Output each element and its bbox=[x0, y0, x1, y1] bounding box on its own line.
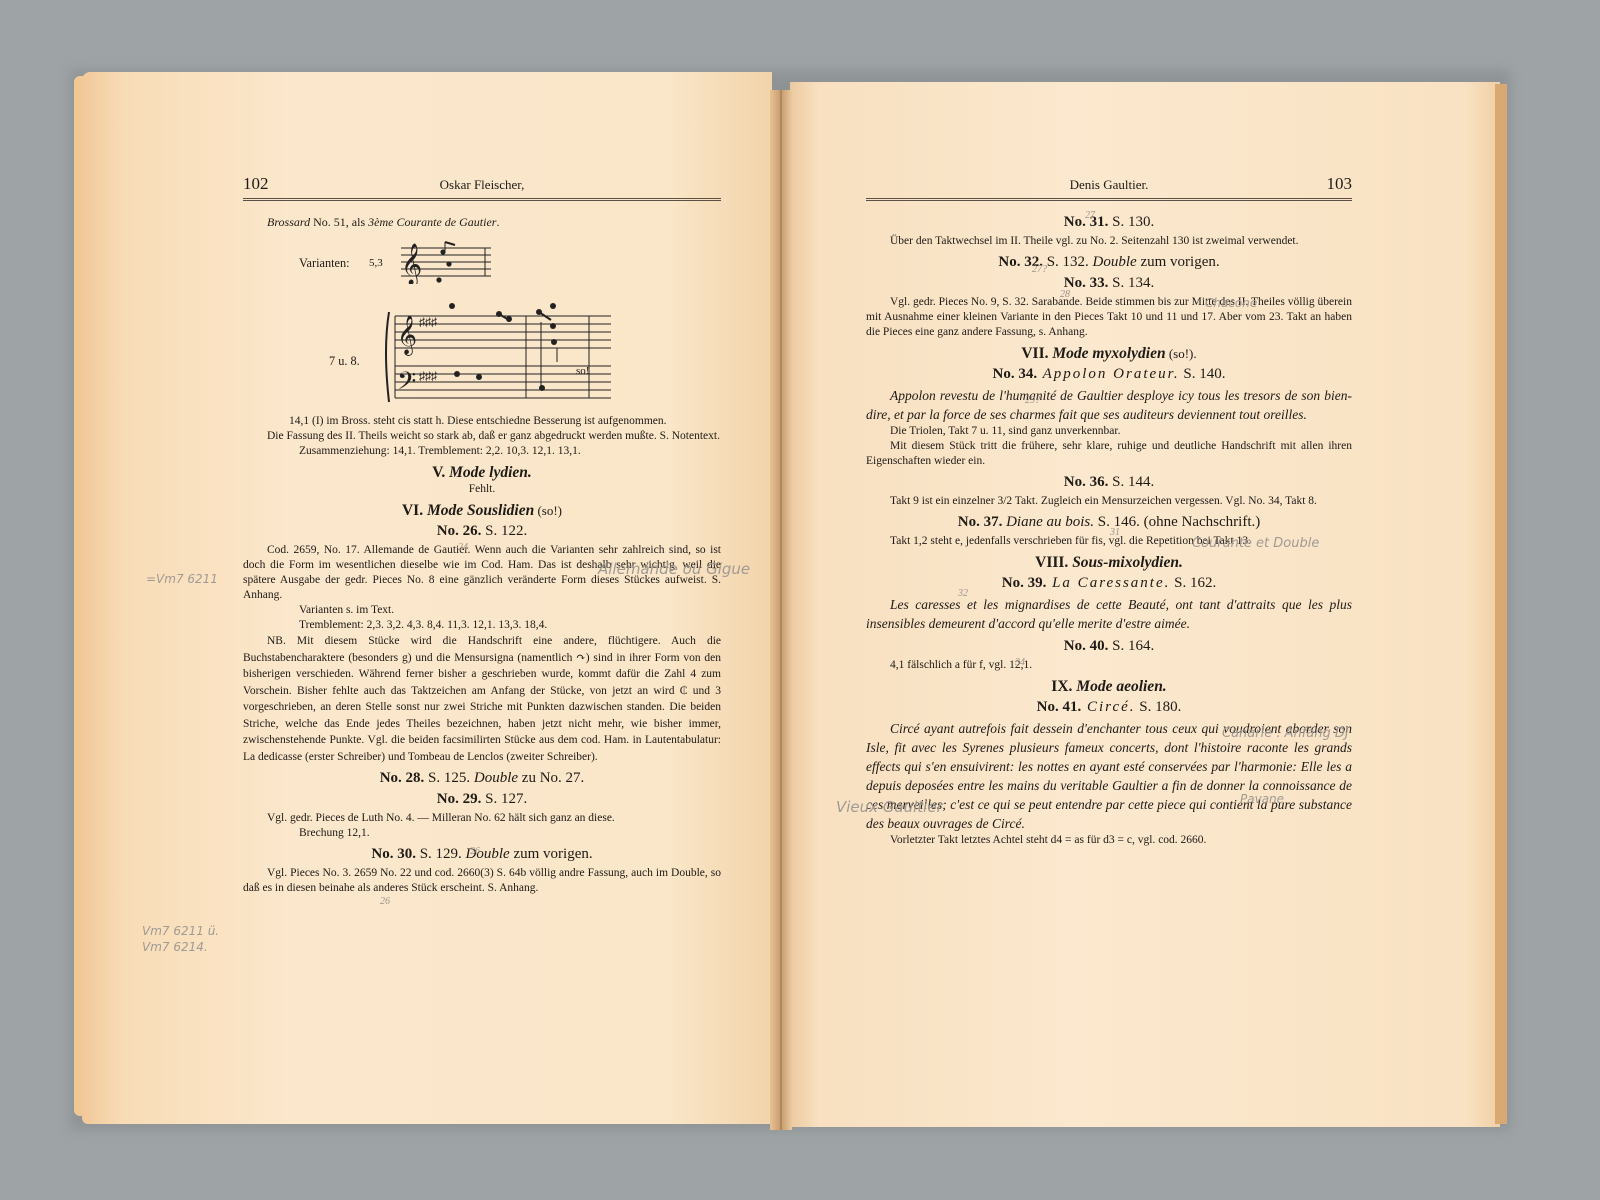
handwritten-num: 27 bbox=[1085, 210, 1095, 221]
music-staff-variant: 𝄞 bbox=[401, 240, 501, 284]
no41-text: Vorletzter Takt letztes Achtel steht d4 … bbox=[866, 833, 1352, 848]
handwritten-num: 24 bbox=[458, 542, 468, 553]
handwritten-num: 26 bbox=[470, 846, 480, 857]
entry-page: S. 129. bbox=[416, 846, 466, 862]
book-gutter bbox=[770, 90, 792, 1130]
nb-text: NB. Mit diesem Stücke wird die Handschri… bbox=[243, 633, 721, 765]
entry-number: No. 36. bbox=[1064, 474, 1109, 490]
mode-suffix: (so!) bbox=[534, 503, 562, 518]
mode-name: Mode Souslidien bbox=[427, 502, 534, 519]
page-number: 103 bbox=[1327, 176, 1353, 191]
handwritten-num: 31 bbox=[1110, 527, 1120, 538]
mode-v-note: Fehlt. bbox=[243, 482, 721, 497]
no29-text: Vgl. gedr. Pieces de Luth No. 4. — Mille… bbox=[243, 811, 721, 826]
no26-variants: Varianten s. im Text. bbox=[243, 603, 721, 618]
fassung-text: Die Fassung des II. Theils weicht so sta… bbox=[243, 429, 721, 444]
entry-title: Diane au bois. bbox=[1002, 514, 1094, 530]
entry-no34: No. 34. Appolon Orateur. S. 140. bbox=[866, 367, 1352, 382]
entry-title: Circé. bbox=[1081, 699, 1135, 715]
mode-vii-heading: VII. Mode myxolydien (so!). bbox=[866, 346, 1352, 361]
entry-page: S. 130. bbox=[1108, 214, 1154, 230]
entry-no41: No. 41. Circé. S. 180. bbox=[866, 700, 1352, 715]
svg-text:𝄞: 𝄞 bbox=[401, 243, 422, 284]
entry-page: S. 144. bbox=[1108, 474, 1154, 490]
mode-name: Mode aeolien. bbox=[1076, 678, 1166, 695]
intro-end: . bbox=[496, 215, 499, 229]
entry-page: S. 125. bbox=[424, 770, 474, 786]
left-page-content: 102 Oskar Fleischer, Brossard No. 51, al… bbox=[243, 176, 721, 896]
handwritten-num: 29? bbox=[1025, 395, 1040, 406]
handwritten-allemande: Allemande ou Gigue bbox=[598, 560, 750, 578]
entry-number: No. 34. bbox=[993, 366, 1038, 382]
handwritten-chacone: Chacone bbox=[1205, 296, 1257, 310]
entry-no30: No. 30. S. 129. Double zum vorigen. bbox=[243, 847, 721, 862]
mode-numeral: VII. bbox=[1021, 345, 1048, 362]
note-14: 14,1 (I) im Bross. steht cis statt h. Di… bbox=[243, 414, 721, 429]
entry-no32: No. 32. S. 132. Double zum vorigen. bbox=[866, 255, 1352, 270]
handwritten-courante: Courante et Double bbox=[1192, 536, 1319, 551]
entry-page: S. 122. bbox=[481, 523, 527, 539]
handwritten-pavane: Pavane bbox=[1240, 792, 1284, 806]
entry-tail: zum vorigen. bbox=[1137, 254, 1220, 270]
so-note: so! bbox=[576, 364, 589, 379]
running-title: Denis Gaultier. bbox=[866, 177, 1352, 192]
handwritten-vm-2: Vm7 6211 ü. bbox=[142, 924, 219, 938]
entry-number: No. 30. bbox=[371, 846, 416, 862]
svg-text:𝄢: 𝄢 bbox=[397, 367, 416, 402]
entry-number: No. 28. bbox=[380, 770, 425, 786]
entry-page: S. 162. bbox=[1170, 575, 1216, 591]
entry-page: S. 180. bbox=[1136, 699, 1182, 715]
intro-italic: Brossard bbox=[267, 215, 310, 229]
entry-number: No. 40. bbox=[1064, 638, 1109, 654]
entry-number: No. 26. bbox=[437, 523, 482, 539]
entry-number: No. 39. bbox=[1002, 575, 1047, 591]
entry-title: Appolon Orateur. bbox=[1037, 366, 1179, 382]
handwritten-vm-1: =Vm7 6211 bbox=[146, 572, 218, 586]
no34-quote: Appolon revestu de l'humanité de Gaultie… bbox=[866, 386, 1352, 424]
svg-text:♯♯♯: ♯♯♯ bbox=[419, 315, 437, 329]
entry-number: No. 29. bbox=[437, 791, 482, 807]
music-example: Varianten: 5,3 𝄞 7 u. 8. 𝄞 𝄢 ♯♯♯ ♯♯♯ bbox=[243, 236, 721, 406]
entry-page: S. 140. bbox=[1180, 366, 1226, 382]
no34-triolen: Die Triolen, Takt 7 u. 11, sind ganz unv… bbox=[866, 424, 1352, 439]
entry-number: No. 41. bbox=[1037, 699, 1082, 715]
mode-ix-heading: IX. Mode aeolien. bbox=[866, 679, 1352, 694]
entry-number: No. 37. bbox=[958, 514, 1003, 530]
handwritten-vm-3: Vm7 6214. bbox=[142, 940, 208, 954]
handwritten-canarie: Canarie . Anfang DJ bbox=[1222, 726, 1349, 741]
entry-title: La Caressante. bbox=[1046, 575, 1170, 591]
no34-text: Mit diesem Stück tritt die frühere, sehr… bbox=[866, 439, 1352, 469]
handwritten-vieux-gaultier: Vieux Gaultier bbox=[836, 798, 943, 816]
no30-text: Vgl. Pieces No. 3. 2659 No. 22 und cod. … bbox=[243, 866, 721, 896]
handwritten-num: 28 bbox=[1060, 289, 1070, 300]
no40-text: 4,1 fälschlich a für f, vgl. 12,1. bbox=[866, 658, 1352, 673]
intro-text: No. 51, als bbox=[310, 215, 368, 229]
right-page-content: Denis Gaultier. 103 No. 31. S. 130. Über… bbox=[866, 176, 1352, 848]
entry-number: No. 33. bbox=[1064, 275, 1109, 291]
entry-no37: No. 37. Diane au bois. S. 146. (ohne Nac… bbox=[866, 515, 1352, 530]
mode-numeral: IX. bbox=[1051, 678, 1072, 695]
handwritten-num: 34 bbox=[1015, 657, 1025, 668]
entry-no26: No. 26. S. 122. bbox=[243, 524, 721, 539]
intro-line: Brossard No. 51, als 3ème Courante de Ga… bbox=[243, 215, 721, 230]
mode-numeral: VI. bbox=[402, 502, 423, 519]
svg-text:𝄞: 𝄞 bbox=[397, 315, 417, 356]
bars-label: 7 u. 8. bbox=[329, 354, 360, 369]
entry-tail: zum vorigen. bbox=[510, 846, 593, 862]
mode-viii-heading: VIII. Sous-mixolydien. bbox=[866, 555, 1352, 570]
entry-no33: No. 33. S. 134. bbox=[866, 276, 1352, 291]
entry-tail: zu No. 27. bbox=[518, 770, 584, 786]
mode-name: Mode myxolydien bbox=[1052, 345, 1165, 362]
no31-text: Über den Taktwechsel im II. Theile vgl. … bbox=[866, 234, 1352, 249]
intro-italic-title: 3ème Courante de Gautier bbox=[368, 215, 496, 229]
handwritten-num: 27? bbox=[1032, 264, 1047, 275]
mode-vi-heading: VI. Mode Souslidien (so!) bbox=[243, 503, 721, 518]
zusammenziehung-line: Zusammenziehung: 14,1. Tremblement: 2,2.… bbox=[243, 444, 721, 459]
entry-no29: No. 29. S. 127. bbox=[243, 792, 721, 807]
left-running-head: 102 Oskar Fleischer, bbox=[243, 176, 721, 201]
mode-name: Sous-mixolydien. bbox=[1072, 554, 1183, 571]
entry-no40: No. 40. S. 164. bbox=[866, 639, 1352, 654]
handwritten-num: 32 bbox=[958, 588, 968, 599]
entry-no28: No. 28. S. 125. Double zu No. 27. bbox=[243, 771, 721, 786]
entry-no31: No. 31. S. 130. bbox=[866, 215, 1352, 230]
running-title: Oskar Fleischer, bbox=[243, 177, 721, 192]
entry-page: S. 132. bbox=[1043, 254, 1093, 270]
no36-text: Takt 9 ist ein einzelner 3/2 Takt. Zugle… bbox=[866, 494, 1352, 509]
no26-tremblement: Tremblement: 2,3. 3,2. 4,3. 8,4. 11,3. 1… bbox=[243, 618, 721, 633]
entry-note: (ohne Nachschrift.) bbox=[1140, 514, 1260, 530]
svg-text:♯♯♯: ♯♯♯ bbox=[419, 369, 437, 383]
entry-page: S. 127. bbox=[481, 791, 527, 807]
entry-page: S. 164. bbox=[1108, 638, 1154, 654]
variants-position: 5,3 bbox=[369, 256, 383, 271]
variants-label: Varianten: bbox=[299, 256, 350, 271]
right-page-stack-edge bbox=[1495, 84, 1507, 1124]
entry-italic: Double bbox=[474, 770, 518, 786]
mode-suffix: (so!). bbox=[1166, 346, 1197, 361]
entry-no36: No. 36. S. 144. bbox=[866, 475, 1352, 490]
entry-page: S. 134. bbox=[1108, 275, 1154, 291]
no39-quote: Les caresses et les mignardises de cette… bbox=[866, 595, 1352, 633]
right-running-head: Denis Gaultier. 103 bbox=[866, 176, 1352, 201]
mode-numeral: V. bbox=[432, 464, 445, 481]
mode-name: Mode lydien. bbox=[449, 464, 532, 481]
entry-no39: No. 39. La Caressante. S. 162. bbox=[866, 576, 1352, 591]
mode-v-heading: V. Mode lydien. bbox=[243, 465, 721, 480]
mode-numeral: VIII. bbox=[1035, 554, 1068, 571]
no33-text: Vgl. gedr. Pieces No. 9, S. 32. Saraband… bbox=[866, 295, 1352, 340]
no29-brechung: Brechung 12,1. bbox=[243, 826, 721, 841]
handwritten-num: 26 bbox=[380, 896, 390, 907]
entry-italic: Double bbox=[1093, 254, 1137, 270]
music-staff-system: 𝄞 𝄢 ♯♯♯ ♯♯♯ bbox=[381, 294, 621, 404]
